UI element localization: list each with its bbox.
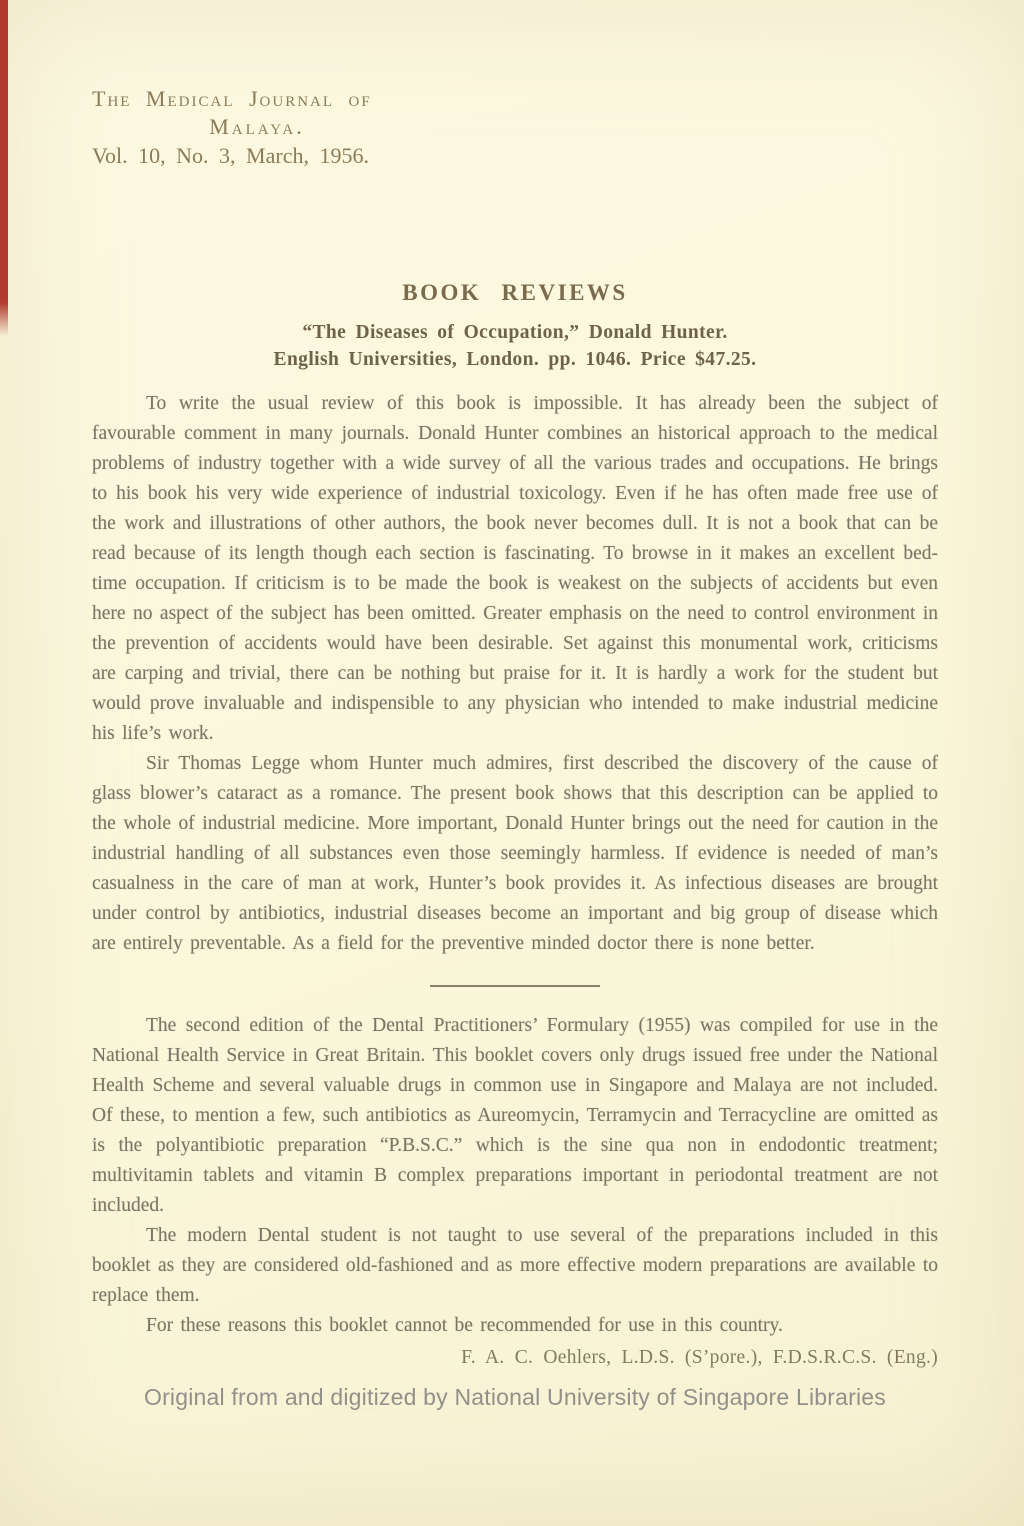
book-publisher-price: English Universities, London. pp. 1046. … bbox=[92, 346, 938, 373]
digitization-footer: Original from and digitized by National … bbox=[92, 1384, 938, 1411]
dental-review-paragraph-1: The second edition of the Dental Practit… bbox=[92, 1011, 938, 1221]
text-column: The Medical Journal of Malaya. Vol. 10, … bbox=[92, 85, 938, 1411]
journal-title-region: Malaya. bbox=[92, 113, 422, 141]
journal-title: The Medical Journal of bbox=[92, 85, 440, 113]
binding-stripe bbox=[0, 0, 8, 336]
section-divider bbox=[430, 985, 600, 987]
reviewer-signature: F. A. C. Oehlers, L.D.S. (S’pore.), F.D.… bbox=[92, 1347, 938, 1369]
book-title-author: “The Diseases of Occupation,” Donald Hun… bbox=[92, 319, 938, 346]
volume-issue-date: Vol. 10, No. 3, March, 1956. bbox=[92, 141, 440, 170]
dental-review-paragraph-3: For these reasons this booklet cannot be… bbox=[92, 1311, 938, 1341]
journal-masthead: The Medical Journal of Malaya. Vol. 10, … bbox=[92, 85, 440, 170]
review-paragraph-1: To write the usual review of this book i… bbox=[92, 389, 938, 749]
section-title: BOOK REVIEWS bbox=[92, 280, 938, 306]
book-heading: “The Diseases of Occupation,” Donald Hun… bbox=[92, 319, 938, 373]
dental-review-paragraph-2: The modern Dental student is not taught … bbox=[92, 1221, 938, 1311]
scanned-journal-page: The Medical Journal of Malaya. Vol. 10, … bbox=[0, 0, 1024, 1526]
review-paragraph-2: Sir Thomas Legge whom Hunter much admire… bbox=[92, 749, 938, 959]
